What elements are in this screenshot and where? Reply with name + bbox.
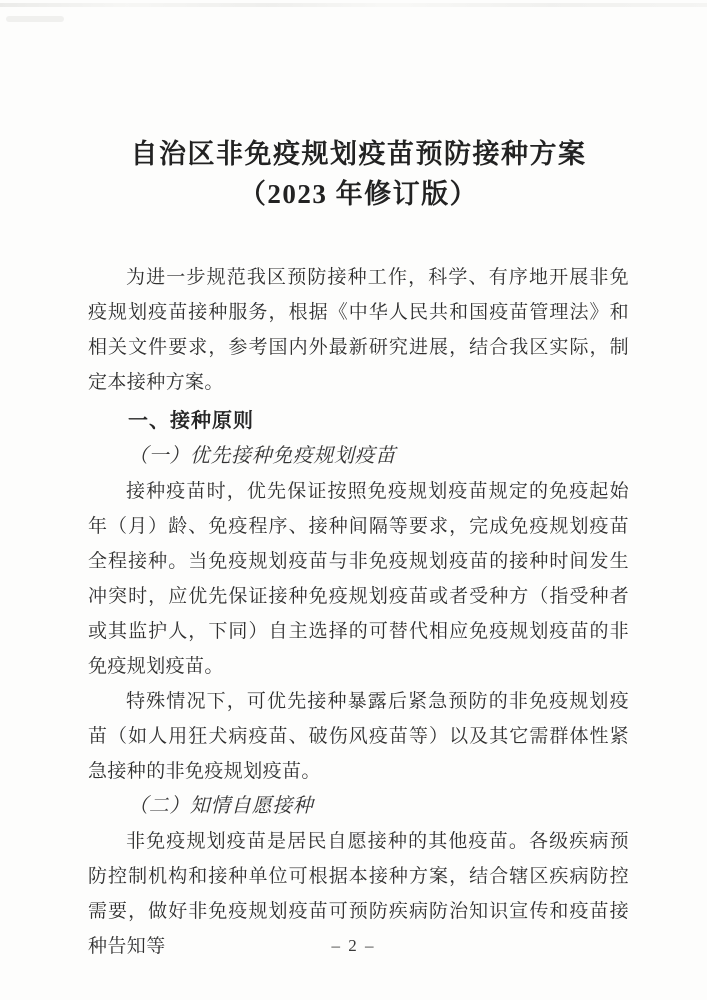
- page-number: – 2 –: [0, 936, 707, 956]
- document-content: 自治区非免疫规划疫苗预防接种方案 （2023 年修订版） 为进一步规范我区预防接…: [88, 134, 629, 964]
- paragraph-intro: 为进一步规范我区预防接种工作，科学、有序地开展非免疫规划疫苗接种服务，根据《中华…: [88, 260, 629, 400]
- scan-artifact-top-streak: [0, 3, 707, 7]
- paragraph-priority-vaccination: 接种疫苗时，优先保证按照免疫规划疫苗规定的免疫起始年（月）龄、免疫程序、接种间隔…: [88, 474, 629, 684]
- subsection-heading-1-1: （一）优先接种免疫规划疫苗: [88, 439, 629, 474]
- title-body-spacer: [88, 214, 629, 260]
- subsection-heading-1-2: （二）知情自愿接种: [88, 789, 629, 824]
- document-title-line2: （2023 年修订版）: [88, 174, 629, 214]
- paragraph-special-cases: 特殊情况下，可优先接种暴露后紧急预防的非免疫规划疫苗（如人用狂犬病疫苗、破伤风疫…: [88, 684, 629, 789]
- document-title-line1: 自治区非免疫规划疫苗预防接种方案: [88, 134, 629, 174]
- document-title: 自治区非免疫规划疫苗预防接种方案 （2023 年修订版）: [88, 134, 629, 214]
- section-heading-1: 一、接种原则: [88, 404, 629, 439]
- scanned-document-page: 自治区非免疫规划疫苗预防接种方案 （2023 年修订版） 为进一步规范我区预防接…: [0, 0, 707, 1000]
- scan-artifact-corner-smudge: [6, 16, 64, 22]
